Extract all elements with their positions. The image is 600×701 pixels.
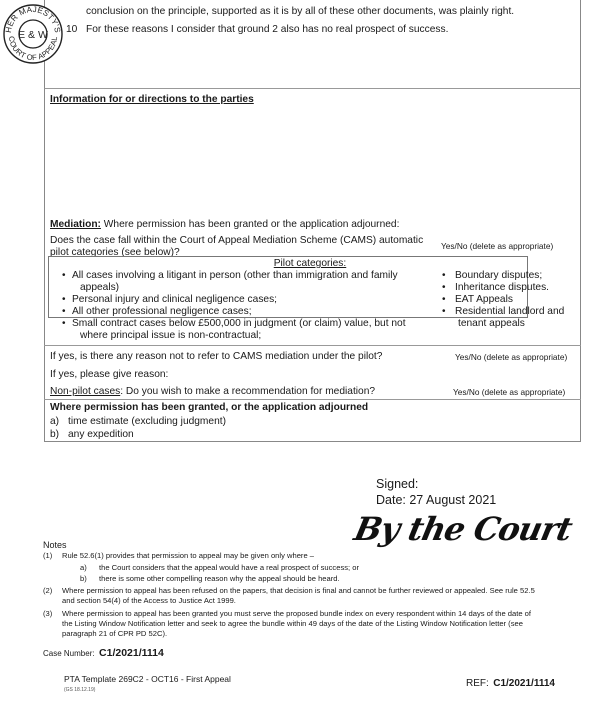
nonpilot-question: : Do you wish to make a recommendation f… — [120, 386, 375, 397]
note-text: Rule 52.6(1) provides that permission to… — [62, 551, 314, 560]
pilot-left-item-cont: where principal issue is non-contractual… — [80, 330, 261, 341]
pilot-right-item: EAT Appeals — [455, 294, 513, 305]
mediation-intro-row: Mediation: Where permission has been gra… — [50, 219, 399, 230]
granted-heading: Where permission has been granted, or th… — [50, 402, 368, 413]
note-number: (3) — [43, 609, 52, 618]
bullet-icon: • — [442, 294, 446, 305]
information-heading: Information for or directions to the par… — [50, 94, 254, 105]
case-number-label: Case Number: — [43, 649, 95, 658]
pilot-right-item-cont: tenant appeals — [458, 318, 525, 329]
case-number-value: C1/2021/1114 — [99, 647, 164, 659]
granted-item-text: any expedition — [68, 429, 134, 440]
mediation-intro: Where permission has been granted or the… — [104, 219, 400, 230]
pilot-right-item: Residential landlord and — [455, 306, 564, 317]
give-reason-label: If yes, please give reason: — [50, 369, 168, 380]
bullet-icon: • — [442, 270, 446, 281]
footer-template: PTA Template 269C2 - OCT16 - First Appea… — [64, 674, 231, 684]
pilot-right-item: Boundary disputes; — [455, 270, 542, 281]
footer-ref-label: REF: — [466, 678, 489, 689]
mediation-label: Mediation: — [50, 219, 101, 230]
note-text: Where permission to appeal has been refu… — [62, 586, 535, 595]
bullet-icon: • — [442, 306, 446, 317]
reasons-continuation: conclusion on the principle, supported a… — [86, 6, 514, 17]
pilot-categories-heading: Pilot categories: — [258, 258, 362, 269]
note-text: paragraph 21 of CPR PD 52C). — [62, 629, 167, 638]
note-text: and section 54(4) of the Access to Justi… — [62, 596, 236, 605]
pilot-left-item: All other professional negligence cases; — [72, 306, 252, 317]
granted-item-letter: a) — [50, 416, 59, 427]
note-subletter: a) — [80, 563, 87, 572]
reason-answer[interactable]: Yes/No (delete as appropriate) — [455, 352, 567, 362]
granted-item-letter: b) — [50, 429, 59, 440]
bullet-icon: • — [442, 282, 446, 293]
note-number: (2) — [43, 586, 52, 595]
pilot-left-item-cont: appeals) — [80, 282, 119, 293]
note-subletter: b) — [80, 574, 87, 583]
by-the-court-signature: By the Court — [351, 510, 575, 548]
nonpilot-label: Non-pilot cases — [50, 386, 120, 397]
note-number: (1) — [43, 551, 52, 560]
granted-item-text: time estimate (excluding judgment) — [68, 416, 226, 427]
bullet-icon: • — [62, 306, 66, 317]
reason-question: If yes, is there any reason not to refer… — [50, 351, 382, 362]
note-subtext: there is some other compelling reason wh… — [99, 574, 340, 583]
pilot-left-item: Personal injury and clinical negligence … — [72, 294, 277, 305]
nonpilot-question-row: Non-pilot cases: Do you wish to make a r… — [50, 386, 375, 397]
signed-label: Signed: — [376, 477, 418, 491]
bullet-icon: • — [62, 318, 66, 329]
note-text: the Listing Window Notification letter a… — [62, 619, 523, 628]
cams-question-answer[interactable]: Yes/No (delete as appropriate) — [441, 241, 553, 251]
paragraph-number: 10 — [66, 24, 77, 35]
pilot-right-item: Inheritance disputes. — [455, 282, 549, 293]
date-label: Date: 27 August 2021 — [376, 493, 496, 507]
case-number-row: Case Number: C1/2021/1114 — [43, 643, 164, 661]
footer-ref: REF: C1/2021/1114 — [466, 673, 555, 691]
divider — [44, 345, 581, 346]
pilot-left-item: Small contract cases below £500,000 in j… — [72, 318, 406, 329]
court-seal-stamp: HER MAJESTY'S COURT OF APPEAL E & W — [2, 3, 64, 65]
footer-template-sub: (GS 18.12.19) — [64, 687, 95, 693]
footer-ref-number: C1/2021/1114 — [493, 678, 555, 689]
notes-heading: Notes — [43, 540, 67, 550]
pilot-left-item: All cases involving a litigant in person… — [72, 270, 398, 281]
cams-question-line1: Does the case fall within the Court of A… — [50, 235, 423, 246]
paragraph-text: For these reasons I consider that ground… — [86, 24, 448, 35]
nonpilot-answer[interactable]: Yes/No (delete as appropriate) — [453, 387, 565, 397]
bullet-icon: • — [62, 270, 66, 281]
note-subtext: the Court considers that the appeal woul… — [99, 563, 359, 572]
note-text: Where permission to appeal has been gran… — [62, 609, 531, 618]
bullet-icon: • — [62, 294, 66, 305]
divider — [44, 399, 581, 400]
seal-center-text: E & W — [18, 29, 48, 41]
